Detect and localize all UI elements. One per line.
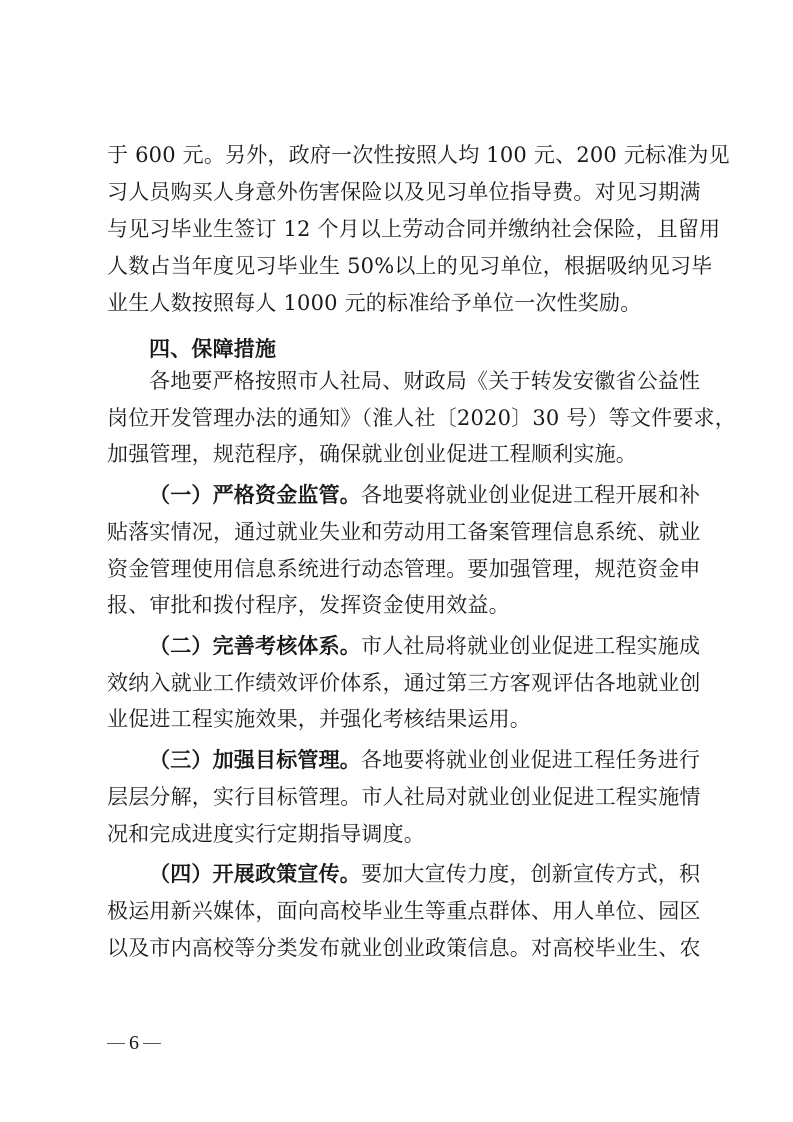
text-line: 人数占当年度见习毕业生 50%以上的见习单位，根据吸纳见习毕 (107, 253, 691, 279)
text-line: （三）加强目标管理。各地要将就业创业促进工程任务进行 (149, 747, 691, 773)
item-text: 各地要将就业创业促进工程开展和补 (361, 483, 700, 507)
document-page: 于 600 元。另外，政府一次性按照人均 100 元、200 元标准为见 习人员… (0, 0, 793, 1122)
item-lead: （三）加强目标管理。 (149, 748, 361, 772)
dash-right (143, 1043, 161, 1044)
text-line: 资金管理使用信息系统进行动态管理。要加强管理，规范资金申 (107, 556, 691, 582)
text-line: 效纳入就业工作绩效评价体系，通过第三方客观评估各地就业创 (107, 670, 691, 696)
text-line: 业促进工程实施效果，并强化考核结果运用。 (107, 706, 691, 732)
item-text: 各地要将就业创业促进工程任务进行 (361, 748, 700, 772)
item-lead: （四）开展政策宣传。 (149, 862, 361, 886)
text-line: （四）开展政策宣传。要加大宣传力度，创新宣传方式，积 (149, 861, 691, 887)
text-line: 况和完成进度实行定期指导调度。 (107, 821, 691, 847)
text-line: 于 600 元。另外，政府一次性按照人均 100 元、200 元标准为见 (107, 142, 691, 168)
text-line: 极运用新兴媒体，面向高校毕业生等重点群体、用人单位、园区 (107, 898, 691, 924)
text-line: 岗位开发管理办法的通知》（淮人社〔2020〕30 号）等文件要求， (107, 405, 691, 431)
text-line: 报、审批和拨付程序，发挥资金使用效益。 (107, 592, 691, 618)
item-text: 市人社局将就业创业促进工程实施成 (361, 634, 700, 658)
text-line: 各地要严格按照市人社局、财政局《关于转发安徽省公益性 (149, 368, 691, 394)
item-lead: （二）完善考核体系。 (149, 634, 361, 658)
text-line: 层层分解，实行目标管理。市人社局对就业创业促进工程实施情 (107, 784, 691, 810)
page-number: 6 (129, 1030, 139, 1056)
text-line: 业生人数按照每人 1000 元的标准给予单位一次性奖励。 (107, 290, 691, 316)
item-lead: （一）严格资金监管。 (149, 483, 361, 507)
text-line: 习人员购买人身意外伤害保险以及见习单位指导费。对见习期满 (107, 179, 691, 205)
text-line: （一）严格资金监管。各地要将就业创业促进工程开展和补 (149, 482, 691, 508)
text-line: 以及市内高校等分类发布就业创业政策信息。对高校毕业生、农 (107, 935, 691, 961)
page-footer: 6 (107, 1030, 161, 1056)
text-line: 与见习毕业生签订 12 个月以上劳动合同并缴纳社会保险，且留用 (107, 216, 691, 242)
text-line: 贴落实情况，通过就业失业和劳动用工备案管理信息系统、就业 (107, 519, 691, 545)
section-heading: 四、保障措施 (149, 336, 691, 362)
item-text: 要加大宣传力度，创新宣传方式，积 (361, 862, 700, 886)
text-line: 加强管理，规范程序，确保就业创业促进工程顺利实施。 (107, 441, 691, 467)
dash-left (107, 1043, 125, 1044)
text-line: （二）完善考核体系。市人社局将就业创业促进工程实施成 (149, 633, 691, 659)
